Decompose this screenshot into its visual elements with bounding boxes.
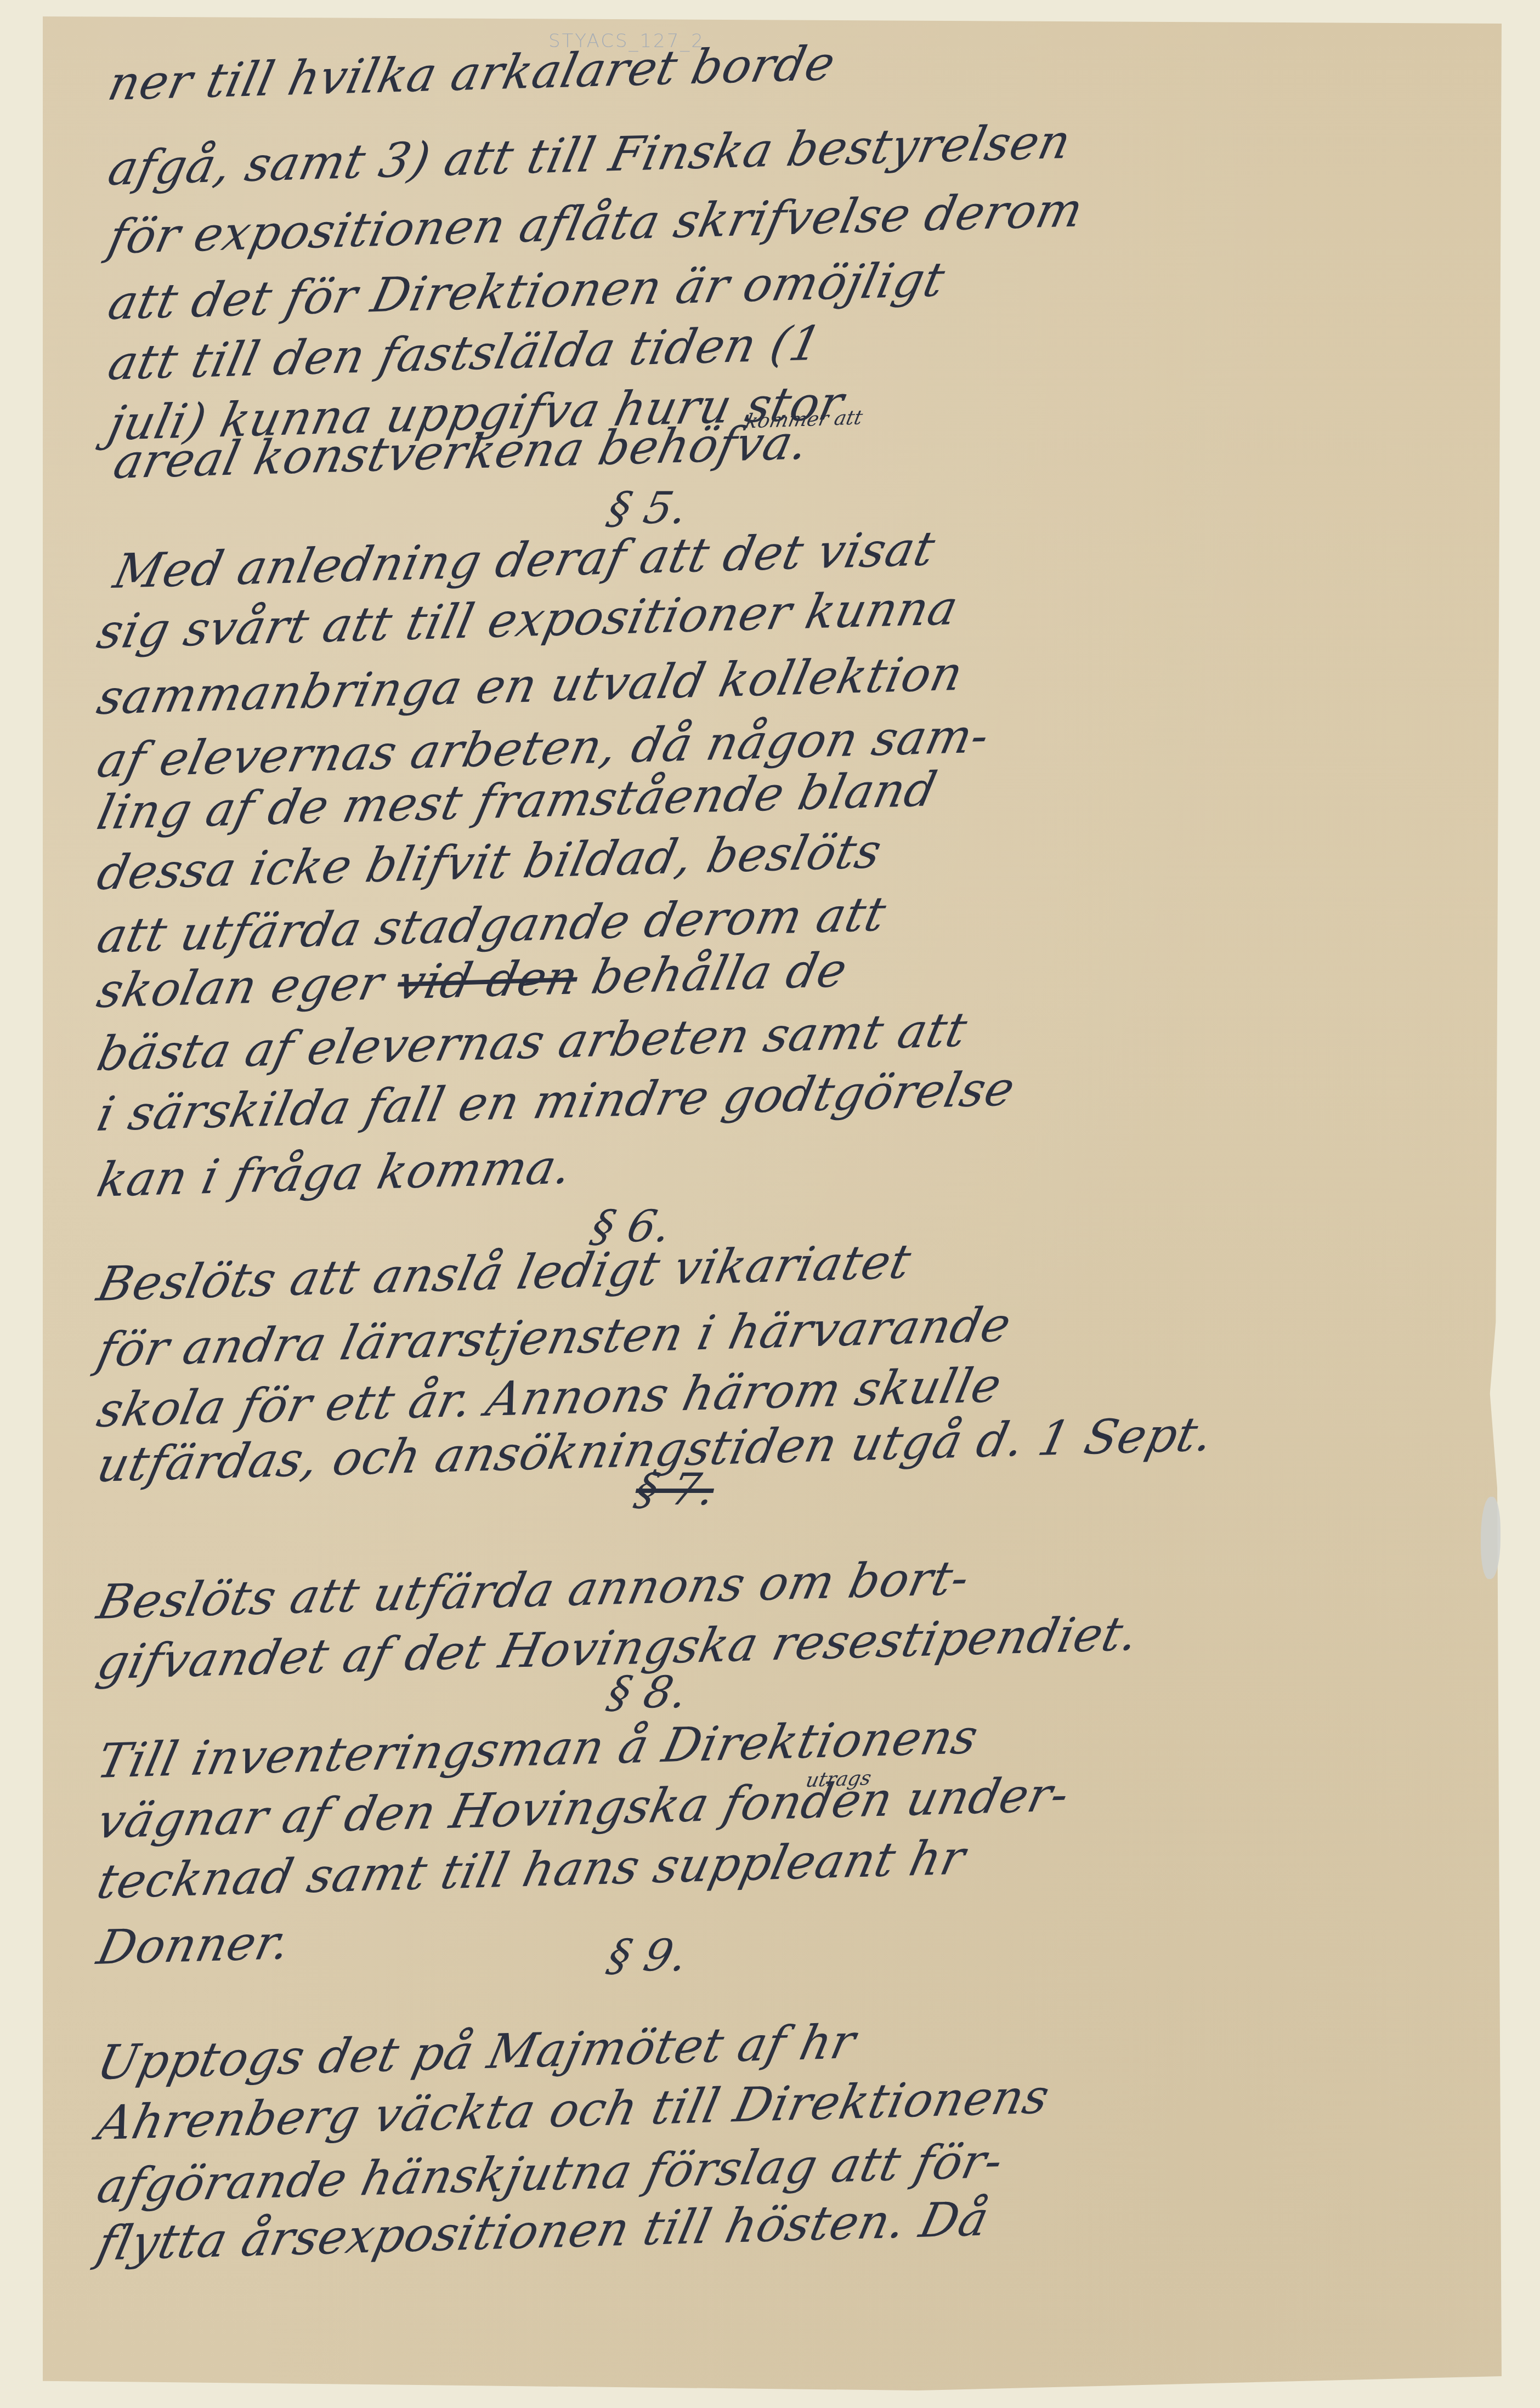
- text-line: kan i fråga komma.: [93, 1143, 576, 1204]
- section-heading-struck: § 7.: [631, 1464, 720, 1515]
- section-heading: § 8.: [603, 1667, 692, 1718]
- text-segment: behålla de: [587, 942, 852, 1005]
- struck-text: vid den: [392, 950, 584, 1010]
- section-heading: § 9.: [603, 1930, 692, 1981]
- text-line: Donner.: [93, 1919, 295, 1972]
- section-heading: § 5.: [603, 482, 692, 533]
- text-segment: skolan eger: [92, 956, 388, 1019]
- paper-tear-damage: [1481, 1497, 1501, 1579]
